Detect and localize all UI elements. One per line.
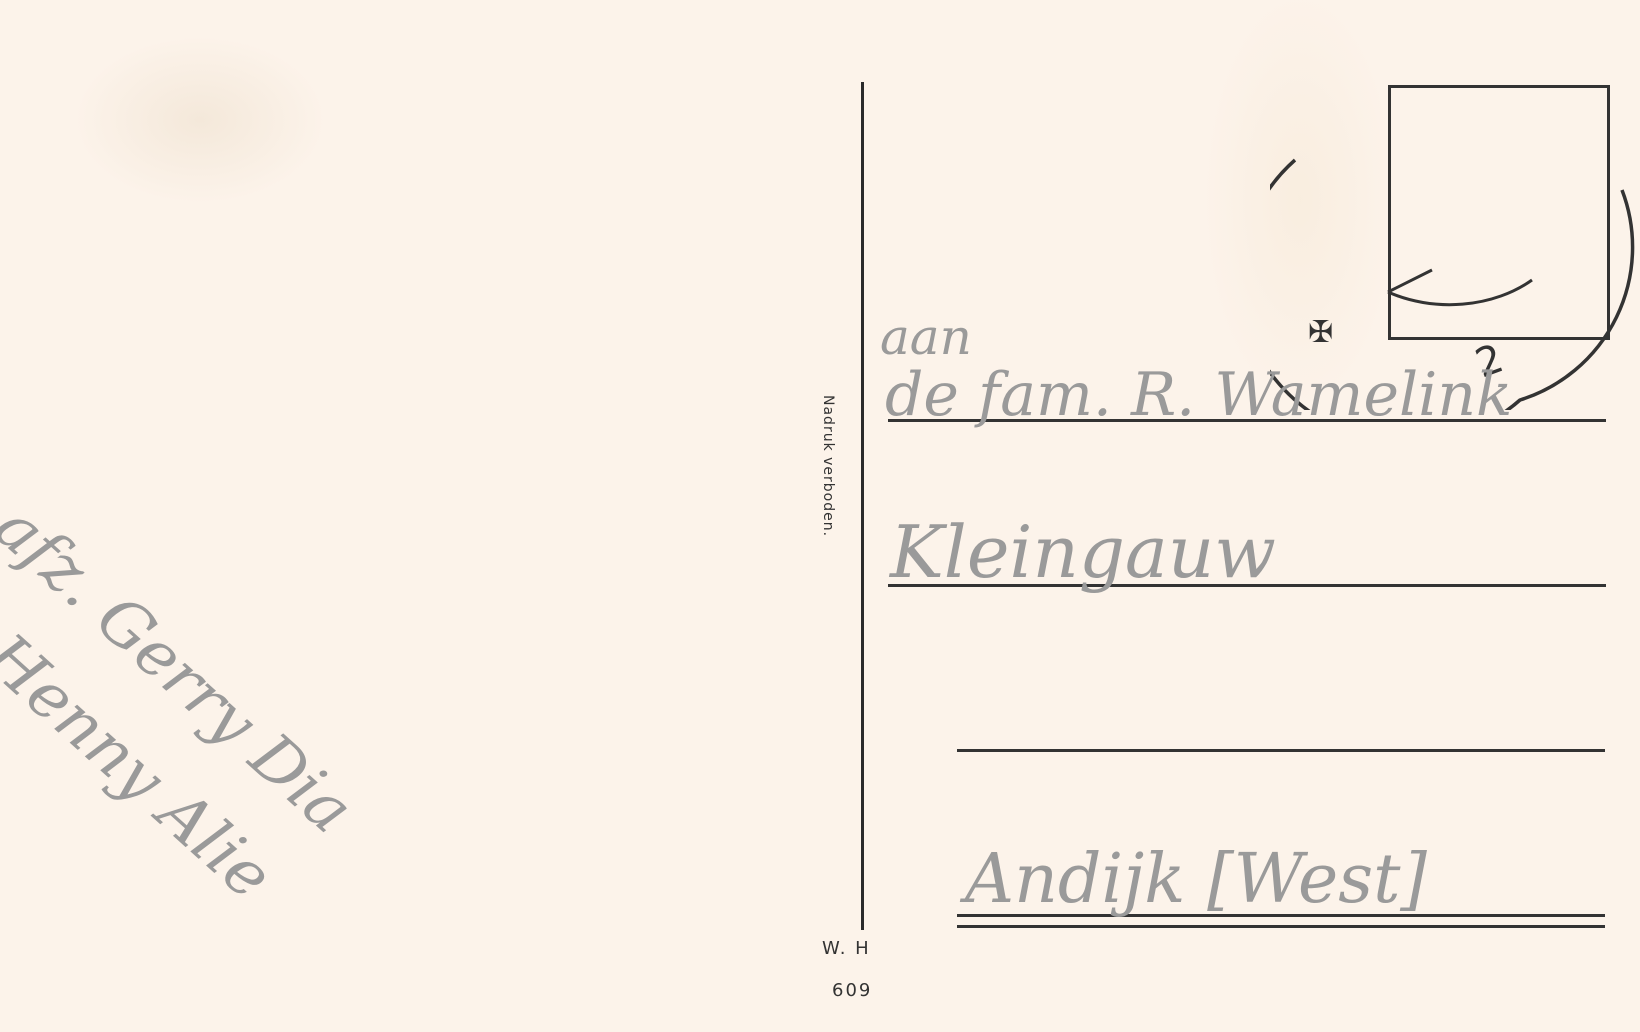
printer-mark: W. H [822,938,871,959]
address-line-4b [957,925,1605,928]
address-recipient: de fam. R. Wamelink [885,360,1512,430]
address-town: Andijk [West] [965,840,1427,919]
reprint-notice: Nadruk verboden. [820,395,836,537]
address-street: Kleingauw [890,510,1276,594]
address-line-3 [957,749,1605,752]
print-number: 609 [832,980,872,1001]
center-divider-line [861,82,864,930]
stamp-placement-box [1388,85,1610,340]
address-prefix: aan [880,308,972,366]
postmark-cross-icon: ✠ [1308,315,1333,350]
postcard-back: Nadruk verboden. W. H 609 ✠ 2 aan de fam… [0,0,1640,1032]
